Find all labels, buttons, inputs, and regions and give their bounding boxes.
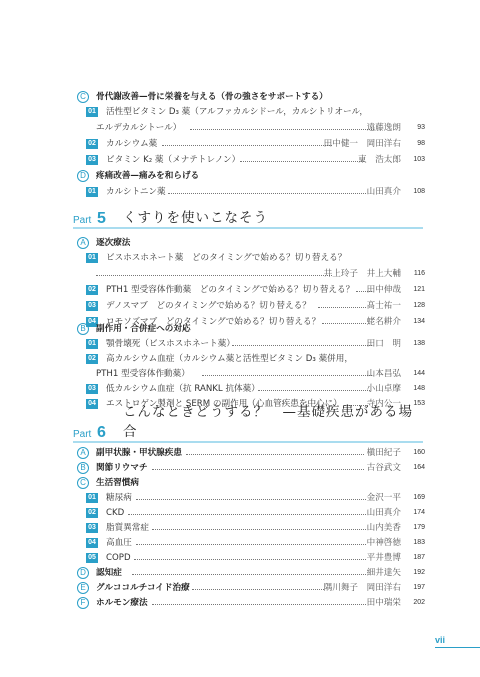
dot-leader	[96, 275, 332, 276]
entry-title: 低カルシウム血症（抗 RANKL 抗体薬）	[106, 381, 260, 397]
entry-page-number: 202	[403, 595, 425, 611]
entry-author: 平井豊博	[367, 550, 401, 566]
entry-author: 槇田紀子	[367, 445, 401, 461]
dot-leader	[136, 544, 366, 545]
section-letter-badge: A	[77, 237, 89, 249]
entry-page-number: 116	[403, 266, 425, 282]
dot-leader	[152, 604, 366, 605]
section-letter-badge: E	[77, 582, 89, 594]
entry-title: ビスホスホネート薬 どのタイミングで始める？切り替える？	[106, 250, 346, 266]
entry-page-number: 183	[403, 535, 425, 551]
toc-entry[interactable]: 03 デノスマブ どのタイミングで始める？切り替える？ 髙士祐一 128	[0, 298, 480, 314]
entry-title: 顎骨壊死（ビスホスホネート薬）	[106, 336, 235, 352]
entry-title: ビタミン K₂ 薬（メナテトレノン）	[106, 152, 240, 168]
section-title: 生活習慣病	[96, 475, 139, 491]
dot-leader	[152, 529, 366, 530]
entry-title: カルシトニン薬	[106, 184, 166, 200]
toc-entry[interactable]: 03 ビタミン K₂ 薬（メナテトレノン） 東 浩太郎 103	[0, 152, 480, 168]
part-title: くすりを使いこなそう	[123, 206, 268, 226]
toc-section-a[interactable]: A 副甲状腺・甲状腺疾患 槇田紀子 160	[0, 445, 480, 461]
dot-leader	[190, 129, 374, 130]
toc-entry-continuation[interactable]: PTH1 型受容体作動薬） 山本昌弘 144	[0, 366, 480, 382]
entry-title: デノスマブ どのタイミングで始める？切り替える？	[106, 298, 311, 314]
entry-number-badge: 02	[86, 508, 98, 518]
part-title: こんなときどうする？ —基礎疾患がある場合	[123, 400, 423, 440]
entry-author: 田口 明	[367, 336, 401, 352]
dot-leader	[152, 469, 364, 470]
entry-author: 細井達矢	[367, 565, 401, 581]
section-title: ホルモン療法	[96, 595, 148, 611]
entry-author: 田中瑞栄	[367, 595, 401, 611]
section-title: 副作用・合併症への対応	[96, 321, 191, 337]
section-letter-badge: A	[77, 447, 89, 459]
toc-entry[interactable]: 05 COPD 平井豊博 187	[0, 550, 480, 566]
entry-title: COPD	[106, 550, 131, 566]
section-title: 疼痛改善—痛みを和らげる	[96, 168, 199, 184]
entry-number-badge: 03	[86, 155, 98, 165]
entry-author: 田中伸哉	[367, 282, 401, 298]
entry-number-badge: 03	[86, 384, 98, 394]
section-title: 関節リウマチ	[96, 460, 148, 476]
section-letter-badge: B	[77, 323, 89, 335]
entry-author: 隅川舞子 岡田洋右	[324, 580, 401, 596]
entry-number-badge: 02	[86, 139, 98, 149]
entry-number-badge: 02	[86, 354, 98, 364]
entry-page-number: 174	[403, 505, 425, 521]
entry-title: カルシウム薬	[106, 136, 157, 152]
dot-leader	[318, 307, 366, 308]
toc-section-f[interactable]: F ホルモン療法 田中瑞栄 202	[0, 595, 480, 611]
entry-title: CKD	[106, 505, 124, 521]
entry-number-badge: 01	[86, 253, 98, 263]
entry-number-badge: 01	[86, 107, 98, 117]
entry-page-number: 103	[403, 152, 425, 168]
toc-entry[interactable]: 02 CKD 山田真介 174	[0, 505, 480, 521]
section-title: グルココルチコイド治療	[96, 580, 190, 596]
entry-title: 脂質異常症	[106, 520, 149, 536]
entry-author: 山内美香	[367, 520, 401, 536]
entry-number-badge: 02	[86, 285, 98, 295]
entry-page-number: 128	[403, 298, 425, 314]
dot-leader	[128, 514, 366, 515]
entry-title: 高カルシウム血症（カルシウム薬と活性型ビタミン D₃ 薬併用，	[106, 351, 353, 367]
entry-author: 山田真介	[367, 505, 401, 521]
dot-leader	[186, 454, 364, 455]
entry-page-number: 121	[403, 282, 425, 298]
folio-rule	[435, 647, 480, 648]
toc-entry[interactable]: 04 高血圧 中神啓徳 183	[0, 535, 480, 551]
entry-number-badge: 04	[86, 399, 98, 409]
entry-page-number: 138	[403, 336, 425, 352]
entry-author: 井上玲子 井上大輔	[324, 266, 401, 282]
entry-author: 中神啓徳	[367, 535, 401, 551]
entry-page-number: 148	[403, 381, 425, 397]
entry-author: 東 浩太郎	[358, 152, 401, 168]
toc-entry[interactable]: 02 高カルシウム血症（カルシウム薬と活性型ビタミン D₃ 薬併用，	[0, 351, 480, 367]
toc-section-e[interactable]: E グルココルチコイド治療 隅川舞子 岡田洋右 197	[0, 580, 480, 596]
section-letter-badge: C	[77, 91, 89, 103]
section-title: 骨代謝改善—骨に栄養を与える（骨の強さをサポートする）	[96, 89, 328, 105]
entry-page-number: 108	[403, 184, 425, 200]
toc-section-c: C 生活習慣病	[0, 475, 480, 491]
entry-author: 髙士祐一	[367, 298, 401, 314]
section-title: 認知症	[96, 565, 122, 581]
entry-page-number: 192	[403, 565, 425, 581]
dot-leader	[132, 574, 366, 575]
toc-entry[interactable]: 01 カルシトニン薬 山田真介 108	[0, 184, 480, 200]
section-letter-badge: B	[77, 462, 89, 474]
entry-title: 活性型ビタミン D₃ 薬（アルファカルシドール，カルシトリオール，	[106, 104, 368, 120]
dot-leader	[202, 375, 372, 376]
toc-page: C 骨代謝改善—骨に栄養を与える（骨の強さをサポートする） 01 活性型ビタミン…	[0, 0, 480, 677]
entry-author: 遠藤逸朗	[367, 120, 401, 136]
entry-page-number: 98	[403, 136, 425, 152]
entry-number-badge: 01	[86, 339, 98, 349]
dot-leader	[192, 589, 324, 590]
entry-number-badge: 05	[86, 553, 98, 563]
toc-entry[interactable]: 01 活性型ビタミン D₃ 薬（アルファカルシドール，カルシトリオール，	[0, 104, 480, 120]
toc-entry[interactable]: 02 PTH1 型受容体作動薬 どのタイミングで始める？切り替える？ 田中伸哉 …	[0, 282, 480, 298]
entry-title: PTH1 型受容体作動薬 どのタイミングで始める？切り替える？	[106, 282, 354, 298]
part-5-header: Part 5 くすりを使いこなそう	[73, 205, 423, 229]
entry-page-number: 179	[403, 520, 425, 536]
entry-author: 小山卓摩	[367, 381, 401, 397]
entry-number-badge: 03	[86, 523, 98, 533]
dot-leader	[136, 499, 366, 500]
entry-number-badge: 03	[86, 301, 98, 311]
dot-leader	[258, 390, 370, 391]
entry-page-number: 187	[403, 550, 425, 566]
dot-leader	[162, 145, 332, 146]
toc-section-c: C 骨代謝改善—骨に栄養を与える（骨の強さをサポートする）	[0, 89, 480, 105]
entry-number-badge: 01	[86, 493, 98, 503]
dot-leader	[240, 161, 364, 162]
entry-page-number: 144	[403, 366, 425, 382]
toc-entry[interactable]: 03 低カルシウム血症（抗 RANKL 抗体薬） 小山卓摩 148	[0, 381, 480, 397]
section-letter-badge: D	[77, 567, 89, 579]
part-label: Part	[73, 215, 91, 226]
entry-page-number: 160	[403, 445, 425, 461]
entry-title-continued: PTH1 型受容体作動薬）	[96, 366, 190, 382]
section-letter-badge: F	[77, 597, 89, 609]
toc-section-d[interactable]: D 認知症 細井達矢 192	[0, 565, 480, 581]
part-6-header: Part 6 こんなときどうする？ —基礎疾患がある場合	[73, 419, 423, 443]
section-title: 副甲状腺・甲状腺疾患	[96, 445, 182, 461]
entry-title: 糖尿病	[106, 490, 132, 506]
toc-entry-continuation[interactable]: エルデカルシトール） 遠藤逸朗 93	[0, 120, 480, 136]
entry-page-number: 169	[403, 490, 425, 506]
toc-section-a: A 逐次療法	[0, 235, 480, 251]
section-letter-badge: C	[77, 477, 89, 489]
section-title: 逐次療法	[96, 235, 130, 251]
entry-page-number: 197	[403, 580, 425, 596]
entry-title-continued: エルデカルシトール）	[96, 120, 181, 136]
part-number: 5	[97, 210, 106, 228]
toc-entry[interactable]: 01 顎骨壊死（ビスホスホネート薬） 田口 明 138	[0, 336, 480, 352]
toc-entry[interactable]: 01 ビスホスホネート薬 どのタイミングで始める？切り替える？	[0, 250, 480, 266]
toc-section-b: B 副作用・合併症への対応	[0, 321, 480, 337]
toc-section-b[interactable]: B 関節リウマチ 古谷武文 164	[0, 460, 480, 476]
part-label: Part	[73, 429, 91, 440]
part-number: 6	[97, 424, 106, 442]
toc-entry[interactable]: 01 糖尿病 金沢一平 169	[0, 490, 480, 506]
toc-entry-continuation[interactable]: 井上玲子 井上大輔 116	[0, 266, 480, 282]
entry-number-badge: 01	[86, 187, 98, 197]
toc-entry[interactable]: 03 脂質異常症 山内美香 179	[0, 520, 480, 536]
toc-entry[interactable]: 02 カルシウム薬 田中健一 岡田洋右 98	[0, 136, 480, 152]
dot-leader	[168, 193, 366, 194]
entry-author: 山本昌弘	[367, 366, 401, 382]
entry-author: 古谷武文	[367, 460, 401, 476]
section-letter-badge: D	[77, 170, 89, 182]
entry-title: 高血圧	[106, 535, 132, 551]
entry-page-number: 164	[403, 460, 425, 476]
dot-leader	[232, 345, 372, 346]
entry-number-badge: 04	[86, 538, 98, 548]
entry-author: 金沢一平	[367, 490, 401, 506]
entry-author: 山田真介	[367, 184, 401, 200]
dot-leader	[134, 559, 366, 560]
page-folio: vii	[435, 635, 445, 645]
entry-author: 田中健一 岡田洋右	[324, 136, 401, 152]
toc-section-d: D 疼痛改善—痛みを和らげる	[0, 168, 480, 184]
entry-page-number: 93	[403, 120, 425, 136]
